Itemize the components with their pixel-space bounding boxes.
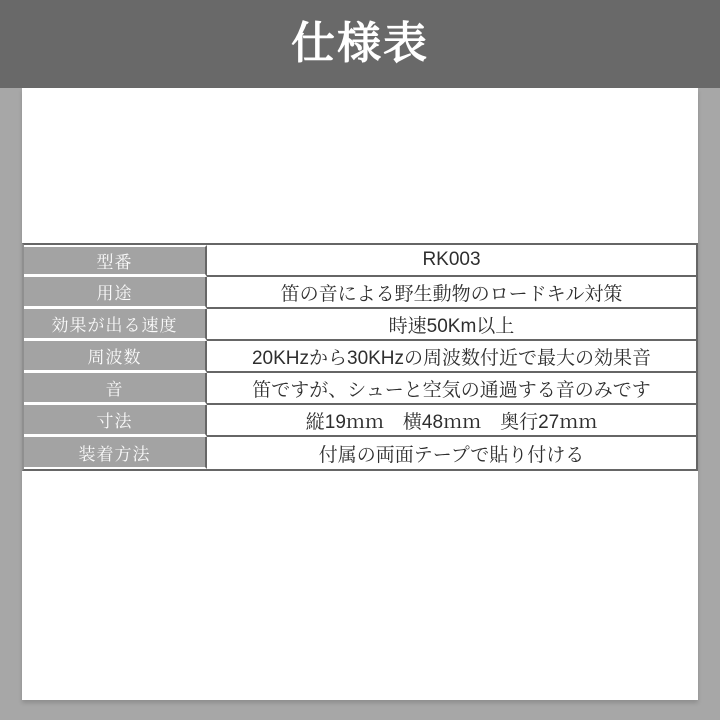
spec-value: 笛の音による野生動物のロードキル対策 (207, 277, 696, 309)
spec-value: RK003 (207, 245, 696, 277)
spec-label: 用途 (24, 277, 207, 309)
spec-row: 音 笛ですが、シューと空気の通過する音のみです (24, 373, 696, 405)
spec-label: 寸法 (24, 405, 207, 437)
spec-label: 効果が出る速度 (24, 309, 207, 341)
page-title: 仕様表 (291, 22, 429, 66)
spec-row: 効果が出る速度 時速50Km以上 (24, 309, 696, 341)
page: 仕様表 型番 RK003 用途 笛の音による野生動物のロードキル対策 効果が出る… (0, 0, 720, 720)
spec-row: 用途 笛の音による野生動物のロードキル対策 (24, 277, 696, 309)
content-panel: 型番 RK003 用途 笛の音による野生動物のロードキル対策 効果が出る速度 時… (22, 88, 698, 700)
spec-value: 20KHzから30KHzの周波数付近で最大の効果音 (207, 341, 696, 373)
spec-value: 笛ですが、シューと空気の通過する音のみです (207, 373, 696, 405)
spec-row: 装着方法 付属の両面テープで貼り付ける (24, 437, 696, 469)
spec-label: 装着方法 (24, 437, 207, 469)
spec-table: 型番 RK003 用途 笛の音による野生動物のロードキル対策 効果が出る速度 時… (22, 243, 698, 471)
spec-label: 周波数 (24, 341, 207, 373)
spec-value: 時速50Km以上 (207, 309, 696, 341)
spec-row: 寸法 縦19ｍｍ 横48ｍｍ 奥行27ｍｍ (24, 405, 696, 437)
spec-label: 型番 (24, 245, 207, 277)
spec-label: 音 (24, 373, 207, 405)
spec-row: 周波数 20KHzから30KHzの周波数付近で最大の効果音 (24, 341, 696, 373)
spec-row: 型番 RK003 (24, 245, 696, 277)
spec-value: 縦19ｍｍ 横48ｍｍ 奥行27ｍｍ (207, 405, 696, 437)
spec-value: 付属の両面テープで貼り付ける (207, 437, 696, 469)
title-bar: 仕様表 (0, 0, 720, 88)
